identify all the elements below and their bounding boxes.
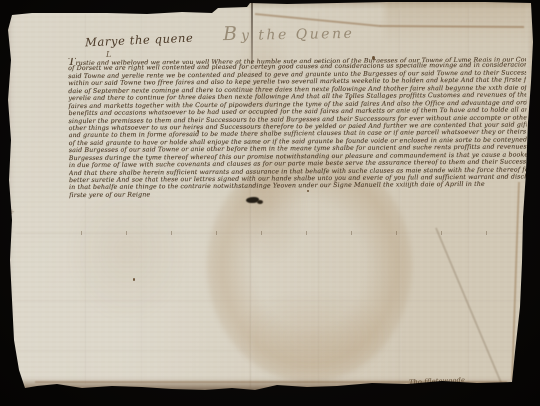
docket-by-the-quene: By the Quene <box>223 21 353 45</box>
parchment-sheet: Marye the quene L By the Quene Trustie a… <box>7 2 537 398</box>
signature-flourish <box>459 385 531 389</box>
edge-stain <box>385 2 529 44</box>
crease-tick-marks <box>37 231 517 235</box>
letter-closing-line: firste yere of our Reigne <box>69 191 209 200</box>
letter-body: Trustie and welbeloved we grete you well… <box>68 54 527 199</box>
ink-speck <box>133 278 135 281</box>
ink-blot <box>257 200 263 204</box>
fold-crease-horizontal <box>15 300 521 302</box>
water-stain <box>235 290 391 384</box>
diagonal-crease <box>435 228 505 393</box>
royal-sign-manual: Marye the quene <box>85 31 194 50</box>
fold-crease-horizontal <box>17 350 519 352</box>
margin-mark: + <box>9 208 15 216</box>
fold-crease-horizontal <box>15 233 523 235</box>
water-stain <box>65 180 189 324</box>
edge-stain-line <box>511 182 519 380</box>
photo-background: Marye the quene L By the Quene Trustie a… <box>0 0 540 406</box>
edge-stain-line <box>380 25 524 28</box>
bottom-edge-shadow <box>15 378 527 394</box>
